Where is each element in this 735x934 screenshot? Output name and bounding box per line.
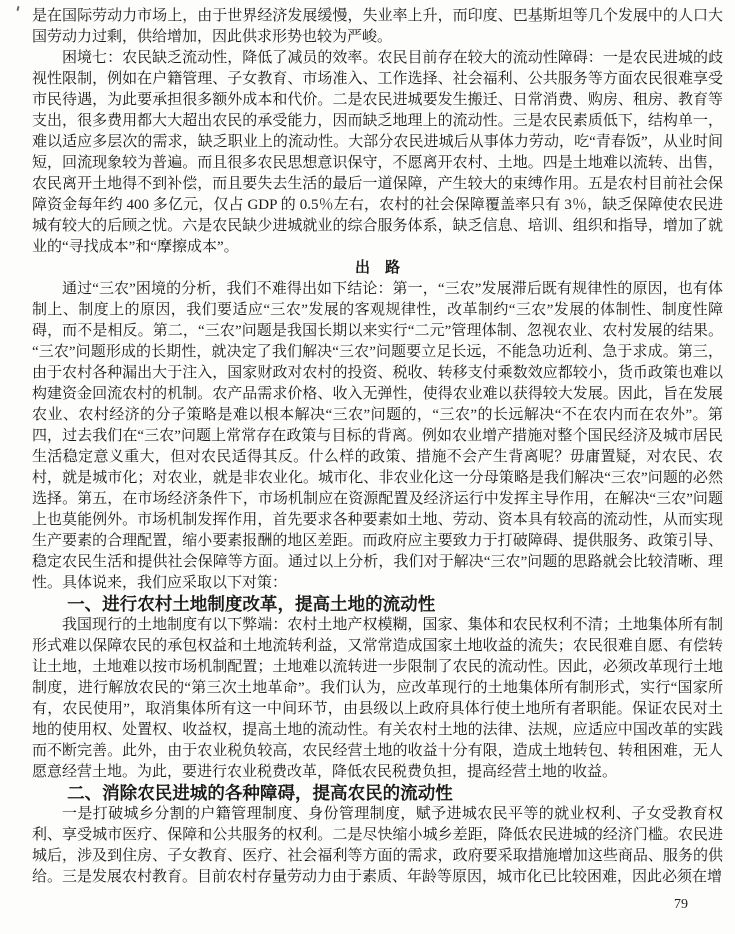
subsection-heading-one-land-reform: 一、进行农村土地制度改革，提高土地的流动性 [32, 594, 723, 615]
scanned-book-page: 是在国际劳动力市场上，由于世界经济发展缓慢，失业率上升，而印度、巴基斯坦等几个发… [0, 0, 735, 934]
body-paragraph-mobility-measures: 一是打破城乡分割的户籍管理制度、身份管理制度，赋予进城农民平等的就业权利、子女受… [32, 804, 723, 888]
page-body-text: 是在国际劳动力市场上，由于世界经济发展缓慢，失业率上升，而印度、巴基斯坦等几个发… [32, 6, 723, 888]
scan-speck-artifact [16, 6, 19, 11]
body-paragraph-continuation: 是在国际劳动力市场上，由于世界经济发展缓慢，失业率上升，而印度、巴基斯坦等几个发… [32, 6, 723, 48]
subsection-heading-two-remove-barriers: 二、消除农民进城的各种障碍，提高农民的流动性 [32, 783, 723, 804]
page-number: 79 [674, 896, 688, 914]
body-paragraph-conclusions: 通过“三农”困境的分析，我们不难得出如下结论：第一，“三农”发展滞后既有规律性的… [32, 279, 723, 594]
body-paragraph-land-system: 我国现行的土地制度有以下弊端：农村土地产权模糊，国家、集体和农民权利不清；土地集… [32, 615, 723, 783]
section-heading-chulu: 出 路 [32, 258, 723, 279]
body-paragraph-dilemma-seven: 困境七：农民缺乏流动性，降低了减员的效率。农民目前存在较大的流动性障碍：一是农民… [32, 48, 723, 258]
